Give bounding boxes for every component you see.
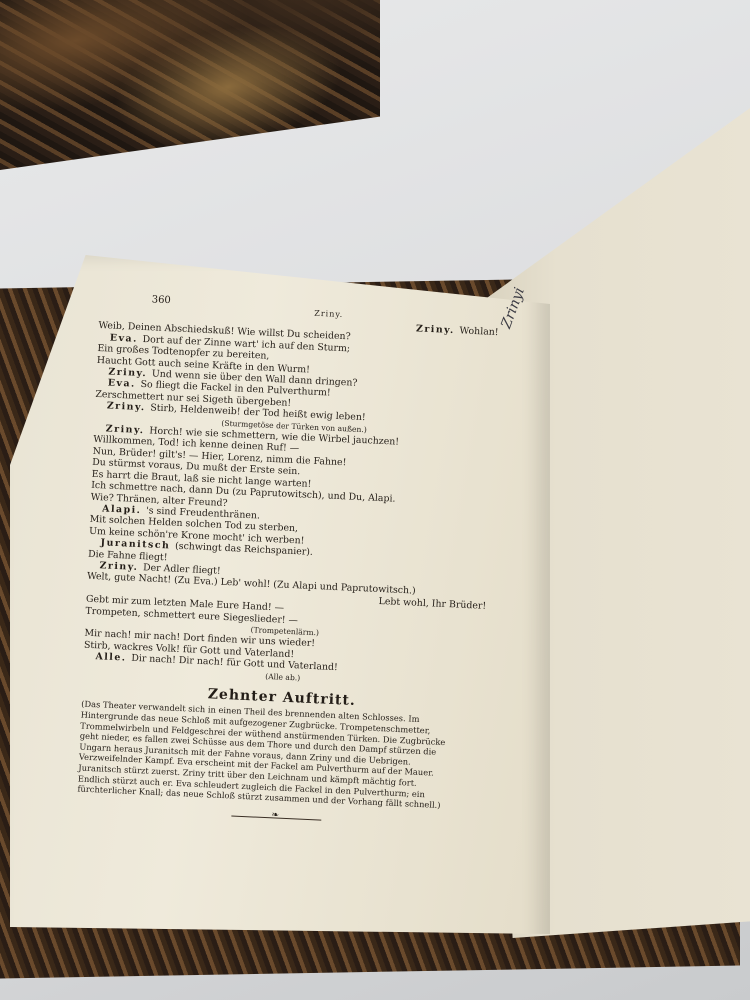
- speaker-name: Alle.: [83, 651, 131, 664]
- line-text: Wohlan!: [459, 325, 499, 338]
- marbled-book-cover-background: [0, 0, 380, 170]
- speaker-name: Zriny.: [95, 400, 151, 414]
- page-number: 360: [151, 294, 171, 306]
- dialogue-lines: Zriny. Wohlan!Weib, Deinen Abschiedskuß!…: [77, 309, 499, 827]
